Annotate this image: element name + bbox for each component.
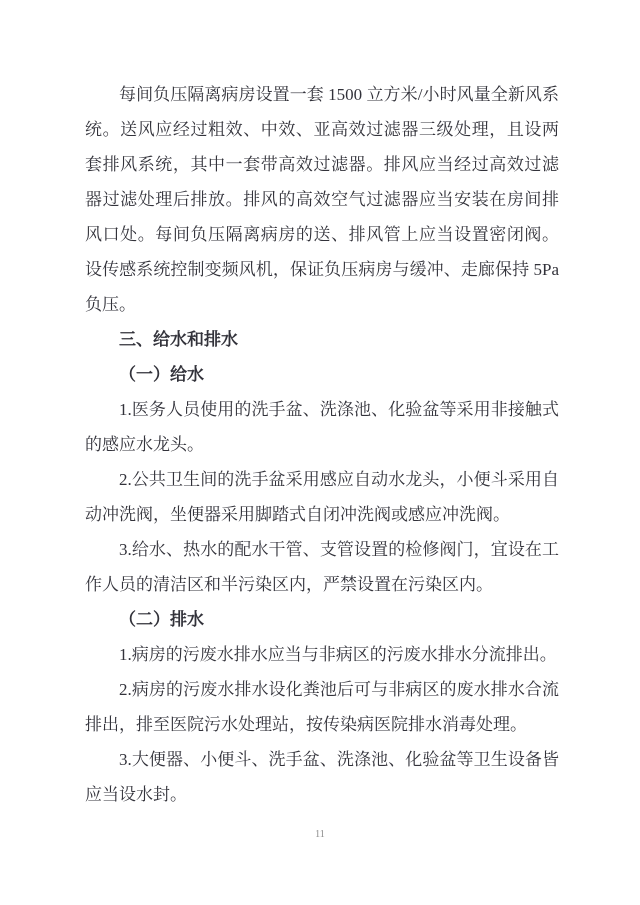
paragraph-water-supply-item-1: 1.医务人员使用的洗手盆、洗涤池、化验盆等采用非接触式的感应水龙头。	[85, 392, 559, 462]
subsection-heading-water-supply: （一）给水	[85, 357, 559, 392]
document-page: 每间负压隔离病房设置一套 1500 立方米/小时风量全新风系统。送风应经过粗效、…	[0, 0, 640, 905]
subsection-heading-drainage: （二）排水	[85, 602, 559, 637]
paragraph-drainage-item-3: 3.大便器、小便斗、洗手盆、洗涤池、化验盆等卫生设备皆应当设水封。	[85, 742, 559, 812]
document-body: 每间负压隔离病房设置一套 1500 立方米/小时风量全新风系统。送风应经过粗效、…	[85, 77, 559, 812]
paragraph-drainage-item-1: 1.病房的污废水排水应当与非病区的污废水排水分流排出。	[85, 637, 559, 672]
paragraph-ventilation: 每间负压隔离病房设置一套 1500 立方米/小时风量全新风系统。送风应经过粗效、…	[85, 77, 559, 322]
paragraph-water-supply-item-3: 3.给水、热水的配水干管、支管设置的检修阀门，宜设在工作人员的清洁区和半污染区内…	[85, 532, 559, 602]
section-heading-water-supply-and-drainage: 三、给水和排水	[85, 322, 559, 357]
paragraph-water-supply-item-2: 2.公共卫生间的洗手盆采用感应自动水龙头，小便斗采用自动冲洗阀，坐便器采用脚踏式…	[85, 462, 559, 532]
paragraph-drainage-item-2: 2.病房的污废水排水设化粪池后可与非病区的废水排水合流排出，排至医院污水处理站，…	[85, 672, 559, 742]
page-number: 11	[0, 828, 640, 842]
